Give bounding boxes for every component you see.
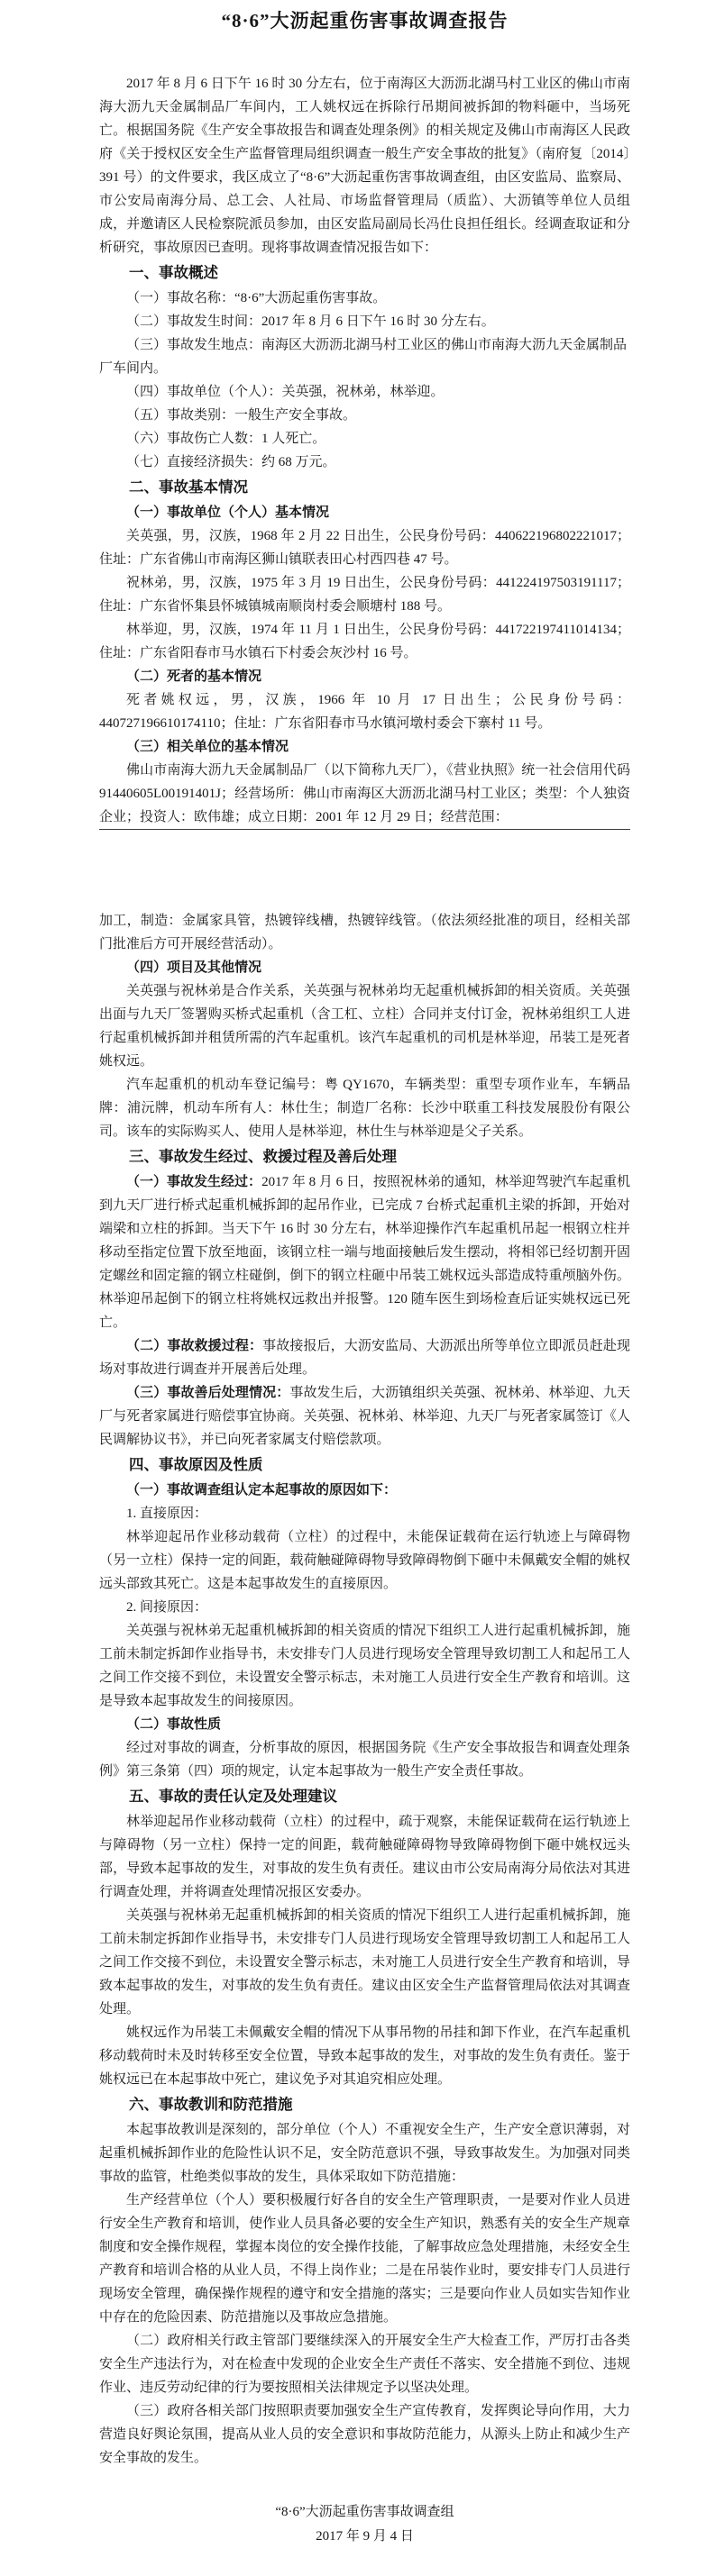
overview-item-1: （一）事故名称：“8·6”大沥起重伤害事故。 [99,287,630,310]
direct-cause-label: 1. 直接原因： [99,1502,630,1525]
signature-org: “8·6”大沥起重伤害事故调查组 [99,2500,630,2525]
subsection-2-4-heading: （四）项目及其他情况 [99,956,630,979]
prevention-paragraph-2: （二）政府相关行政主管部门要继续深入的开展安全生产大检查工作，严厉打击各类安全生… [99,2329,630,2399]
crane-paragraph: 汽车起重机的机动车登记编号：粤 QY1670，车辆类型：重型专项作业车，车辆品牌… [99,1073,630,1143]
section-2-heading: 二、事故基本情况 [99,476,630,499]
company-paragraph-continued: 加工，制造：金属家具管，热镀锌线槽，热镀锌线管。（依法须经批准的项目，经相关部门… [99,909,630,956]
section-3-heading: 三、事故发生经过、救援过程及善后处理 [99,1145,630,1169]
signature-date: 2017 年 9 月 4 日 [99,2525,630,2549]
accident-report-document: “8·6”大沥起重伤害事故调查报告 2017 年 8 月 6 日下午 16 时 … [0,0,715,2576]
intro-paragraph: 2017 年 8 月 6 日下午 16 时 30 分左右，位于南海区大沥沥北湖马… [99,72,630,259]
rescue-label: （二）事故救援过程： [126,1339,262,1353]
aftermath-label: （三）事故善后处理情况： [126,1386,289,1400]
prevention-paragraph-1: 生产经营单位（个人）要积极履行好各自的安全生产管理职责，一是要对作业人员进行安全… [99,2189,630,2329]
deceased-paragraph: 死者姚权远，男，汉族，1966 年 10 月 17 日出生；公民身份号码：440… [99,688,630,735]
responsibility-paragraph-3: 姚权远作为吊装工未佩戴安全帽的情况下从事吊物的吊挂和卸下作业，在汽车起重机移动载… [99,2021,630,2091]
subsection-2-1-heading: （一）事故单位（个人）基本情况 [99,501,630,524]
accident-course-text: 2017 年 8 月 6 日，按照祝林弟的通知，林举迎驾驶汽车起重机到九天厂进行… [99,1175,630,1330]
overview-item-6: （六）事故伤亡人数：1 人死亡。 [99,427,630,451]
overview-item-3: （三）事故发生地点：南海区大沥沥北湖马村工业区的佛山市南海大沥九天金属制品厂车间… [99,333,630,380]
subsection-4-2-heading: （二）事故性质 [99,1713,630,1736]
overview-item-4: （四）事故单位（个人）：关英强，祝林弟，林举迎。 [99,380,630,404]
direct-cause-paragraph: 林举迎起吊作业移动载荷（立柱）的过程中，未能保证载荷在运行轨迹上与障碍物（另一立… [99,1525,630,1596]
prevention-paragraph-3: （三）政府各相关部门按照职责要加强安全生产宣传教育，发挥舆论导向作用，大力营造良… [99,2399,630,2470]
accident-course-label: （一）事故发生经过： [126,1175,261,1189]
company-paragraph: 佛山市南海大沥九天金属制品厂（以下简称九天厂），《营业执照》统一社会信用代码 9… [99,759,630,829]
section-1-heading: 一、事故概述 [99,261,630,285]
overview-item-7: （七）直接经济损失：约 68 万元。 [99,451,630,474]
indirect-cause-label: 2. 间接原因： [99,1596,630,1619]
accident-course-paragraph: （一）事故发生经过：2017 年 8 月 6 日，按照祝林弟的通知，林举迎驾驶汽… [99,1170,630,1334]
indirect-cause-paragraph: 关英强与祝林弟无起重机械拆卸的相关资质的情况下组织工人进行起重机械拆卸，施工前未… [99,1619,630,1713]
section-4-heading: 四、事故原因及性质 [99,1453,630,1477]
subsection-2-3-heading: （三）相关单位的基本情况 [99,735,630,759]
person-paragraph-guan: 关英强，男，汉族，1968 年 2 月 22 日出生，公民身份号码：440622… [99,524,630,571]
overview-item-5: （五）事故类别：一般生产安全事故。 [99,404,630,427]
section-5-heading: 五、事故的责任认定及处理建议 [99,1785,630,1808]
signature-block: “8·6”大沥起重伤害事故调查组 2017 年 9 月 4 日 [99,2500,630,2549]
person-paragraph-zhu: 祝林弟，男，汉族，1975 年 3 月 19 日出生，公民身份号码：441224… [99,571,630,618]
subsection-4-1-heading: （一）事故调查组认定本起事故的原因如下： [99,1479,630,1502]
subsection-2-2-heading: （二）死者的基本情况 [99,665,630,688]
section-6-heading: 六、事故教训和防范措施 [99,2093,630,2116]
rescue-paragraph: （二）事故救援过程：事故接报后，大沥安监局、大沥派出所等单位立即派员赶赴现场对事… [99,1334,630,1381]
lessons-paragraph: 本起事故教训是深刻的，部分单位（个人）不重视安全生产，生产安全意识薄弱，对起重机… [99,2118,630,2189]
report-title: “8·6”大沥起重伤害事故调查报告 [99,7,630,34]
person-paragraph-lin: 林举迎，男，汉族，1974 年 11 月 1 日出生，公民身份号码：441722… [99,618,630,665]
nature-paragraph: 经过对事故的调查，分析事故的原因，根据国务院《生产安全事故报告和调查处理条例》第… [99,1736,630,1783]
aftermath-paragraph: （三）事故善后处理情况：事故发生后，大沥镇组织关英强、祝林弟、林举迎、九天厂与死… [99,1381,630,1452]
overview-item-2: （二）事故发生时间：2017 年 8 月 6 日下午 16 时 30 分左右。 [99,310,630,333]
responsibility-paragraph-2: 关英强与祝林弟无起重机械拆卸的相关资质的情况下组织工人进行起重机械拆卸，施工前未… [99,1904,630,2021]
page-gap [99,830,630,909]
project-paragraph: 关英强与祝林弟是合作关系，关英强与祝林弟均无起重机械拆卸的相关资质。关英强出面与… [99,979,630,1073]
responsibility-paragraph-1: 林举迎起吊作业移动载荷（立柱）的过程中，疏于观察，未能保证载荷在运行轨迹上与障碍… [99,1810,630,1904]
